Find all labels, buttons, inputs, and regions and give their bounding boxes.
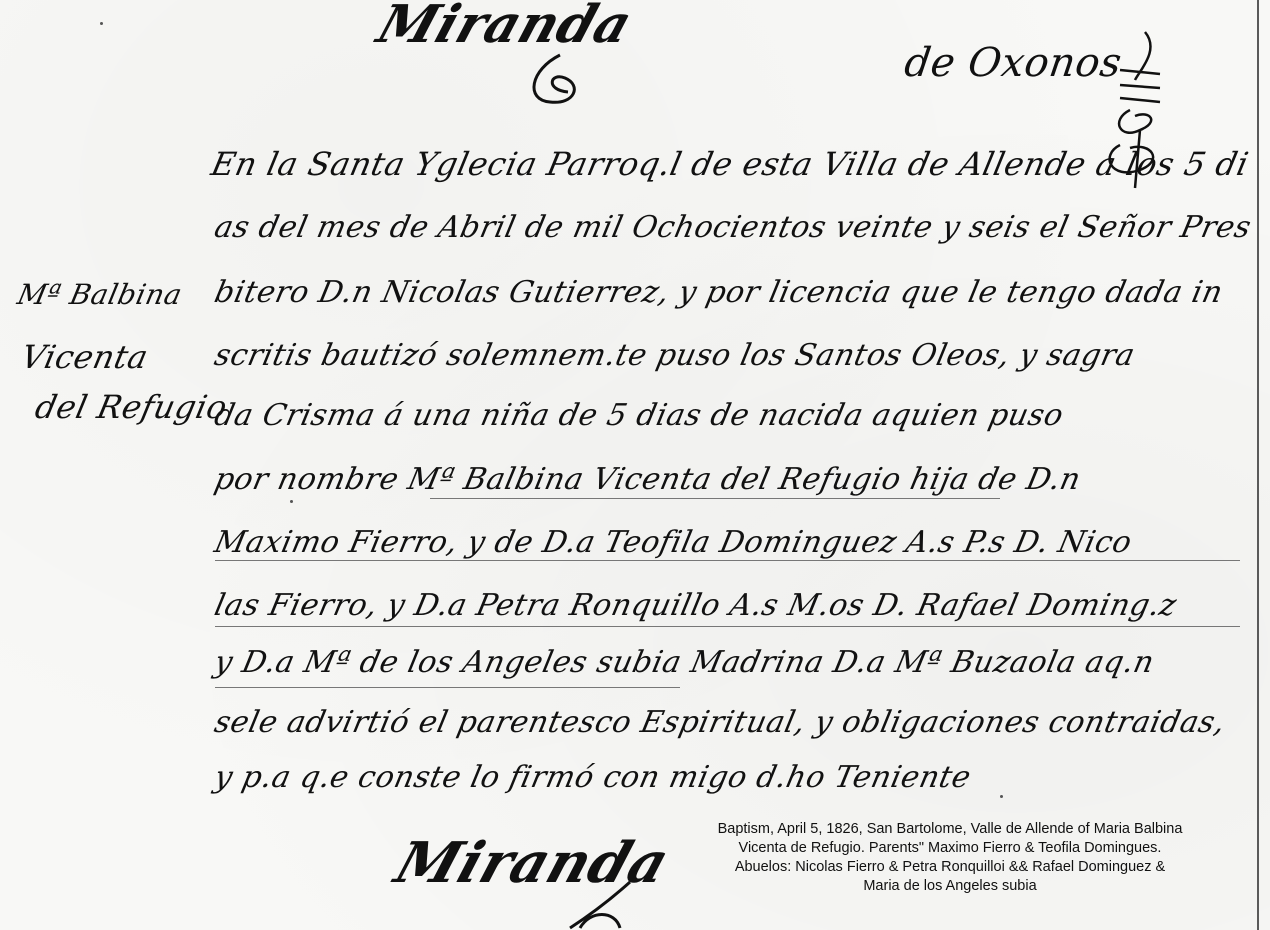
body-line-5: da Crisma á una niña de 5 dias de nacida… [211, 398, 1066, 433]
body-line-3: bitero D.n Nicolas Gutierrez, y por lice… [211, 275, 1226, 310]
transcription-caption: Baptism, April 5, 1826, San Bartolome, V… [672, 820, 1228, 896]
signature-flourish-top [520, 50, 590, 110]
underline-maternal-grandmother [215, 687, 680, 688]
body-line-4: scritis bautizó solemnem.te puso los San… [211, 338, 1138, 373]
paper-speck [290, 500, 293, 503]
body-line-1: En la Santa Yglecia Parroq.l de esta Vil… [208, 145, 1252, 183]
body-line-8: las Fierro, y D.a Petra Ronquillo A.s M.… [211, 588, 1180, 623]
signature-top: Miranda [370, 0, 640, 55]
paper-speck [1000, 795, 1003, 798]
caption-line-4: Maria de los Angeles subia [672, 877, 1228, 896]
body-line-10: sele advirtió el parentesco Espiritual, … [211, 705, 1228, 740]
caption-line-3: Abuelos: Nicolas Fierro & Petra Ronquill… [672, 858, 1228, 877]
paper-speck [100, 22, 103, 25]
margin-note-line-1: Mª Balbina [14, 278, 185, 311]
body-line-11: y p.a q.e conste lo firmó con migo d.ho … [211, 760, 974, 795]
caption-line-1: Baptism, April 5, 1826, San Bartolome, V… [672, 820, 1228, 839]
underline-paternal-grandparents [215, 626, 1240, 627]
manuscript-page: Miranda de Oxonos Mª Balbina Vicenta del… [0, 0, 1270, 930]
page-edge [1257, 0, 1259, 930]
margin-note-line-3: del Refugio [32, 388, 231, 426]
body-line-6: por nombre Mª Balbina Vicenta del Refugi… [211, 462, 1084, 497]
underline-child-name [430, 498, 1000, 499]
body-line-2: as del mes de Abril de mil Ochocientos v… [211, 210, 1254, 245]
body-line-7: Maximo Fierro, y de D.a Teofila Domingue… [211, 525, 1135, 560]
caption-line-2: Vicenta de Refugio. Parents" Maximo Fier… [672, 839, 1228, 858]
margin-note-line-2: Vicenta [18, 338, 152, 376]
underline-parents [215, 560, 1240, 561]
body-line-9: y D.a Mª de los Angeles subia Madrina D.… [211, 645, 1157, 680]
signature-flourish-bottom [560, 880, 640, 930]
